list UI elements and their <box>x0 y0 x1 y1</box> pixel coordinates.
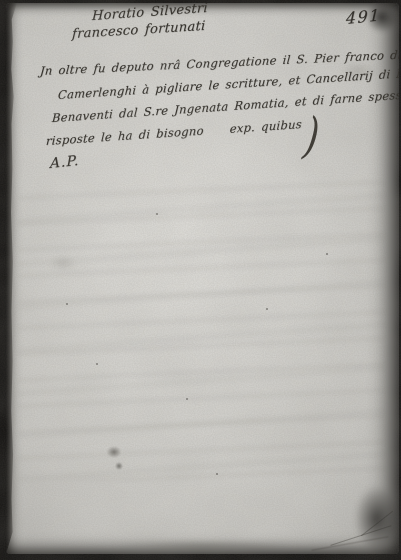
speck <box>266 308 268 310</box>
paper-blotch <box>46 253 80 273</box>
paren-flourish: ) <box>301 106 323 165</box>
speck <box>216 473 218 475</box>
manuscript-line-text: risposte le ha di bisogno <box>46 123 205 148</box>
closing-note: exp. quibus <box>229 117 302 136</box>
corner-shadow <box>359 3 399 39</box>
speck <box>156 213 158 215</box>
corner-shadow <box>347 474 399 554</box>
speck <box>186 398 188 400</box>
manuscript-paper: Horatio Silvestri francesco fortunati 49… <box>6 3 399 554</box>
speck <box>66 303 68 305</box>
scanned-manuscript-page: Horatio Silvestri francesco fortunati 49… <box>0 0 401 560</box>
binding-edge <box>6 3 17 554</box>
speck <box>326 253 328 255</box>
bleedthrough-texture <box>18 181 385 481</box>
notary-initials: A.P. <box>50 153 79 172</box>
bottom-smudge <box>90 540 320 552</box>
speck <box>96 363 98 365</box>
